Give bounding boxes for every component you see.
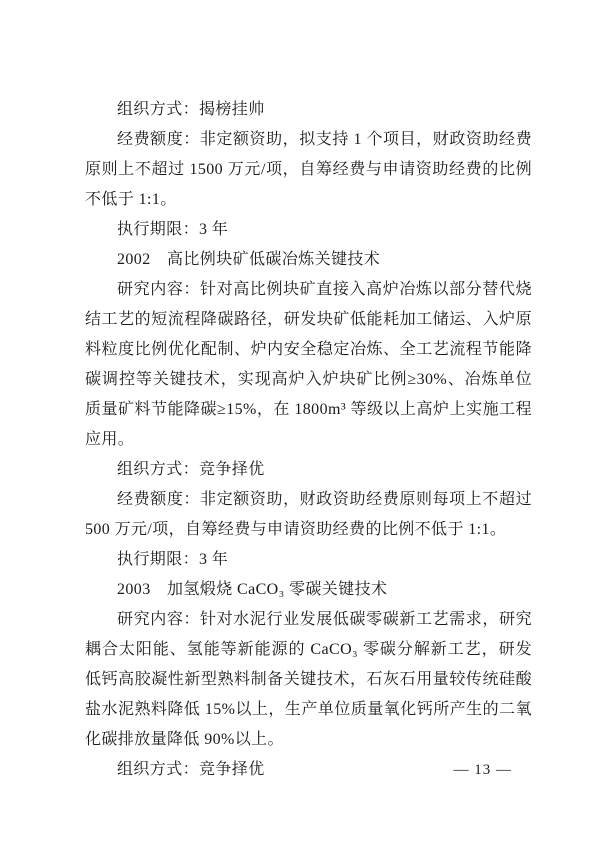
page-number: — 13 — — [454, 760, 513, 780]
paragraph-research-content-2002: 研究内容：针对高比例块矿直接入高炉冶炼以部分替代烧结工艺的短流程降碳路径，研发块… — [85, 275, 532, 455]
project-heading-2002: 2002 高比例块矿低碳冶炼关键技术 — [85, 245, 532, 275]
document-body: 组织方式：揭榜挂帅 经费额度：非定额资助，拟支持 1 个项目，财政资助经费原则上… — [85, 95, 532, 785]
paragraph-funding-amount-2001: 经费额度：非定额资助，拟支持 1 个项目，财政资助经费原则上不超过 1500 万… — [85, 125, 532, 215]
paragraph-execution-period-2001: 执行期限：3 年 — [85, 215, 532, 245]
paragraph-research-content-2003: 研究内容：针对水泥行业发展低碳零碳新工艺需求，研究耦合太阳能、氢能等新能源的 C… — [85, 605, 532, 755]
paragraph-organization-method-2001: 组织方式：揭榜挂帅 — [85, 95, 532, 125]
paragraph-execution-period-2002: 执行期限：3 年 — [85, 545, 532, 575]
project-heading-2003: 2003 加氢煅烧 CaCO₃ 零碳关键技术 — [85, 575, 532, 605]
document-page: 组织方式：揭榜挂帅 经费额度：非定额资助，拟支持 1 个项目，财政资助经费原则上… — [0, 0, 600, 848]
paragraph-organization-method-2002: 组织方式：竞争择优 — [85, 455, 532, 485]
paragraph-funding-amount-2002: 经费额度：非定额资助，财政资助经费原则每项上不超过 500 万元/项，自筹经费与… — [85, 485, 532, 545]
